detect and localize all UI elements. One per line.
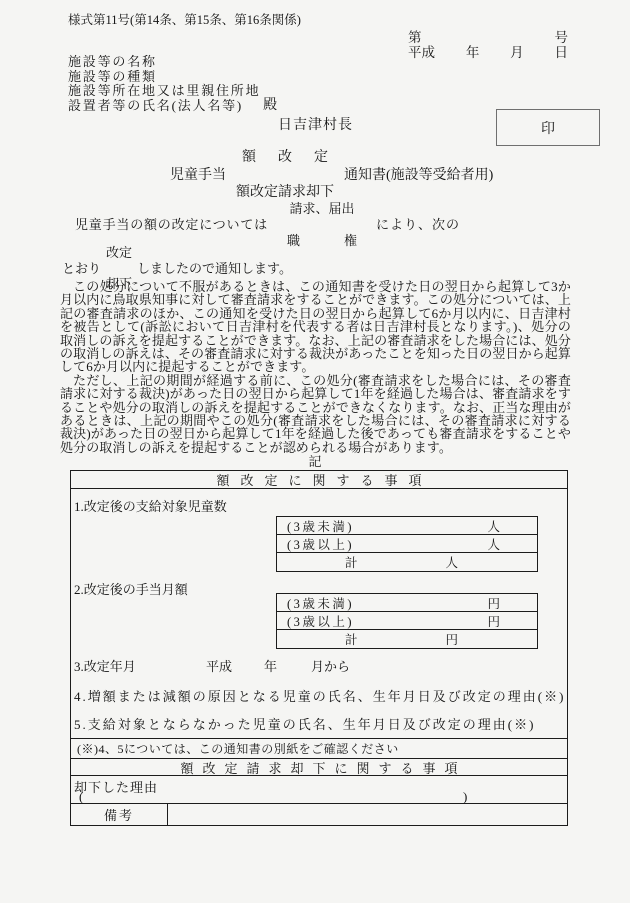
attachment-note: (※)4、5については、この通知書の別紙をご確認ください [71, 739, 567, 759]
facility-name-label: 施設等の名称 [68, 55, 277, 70]
date-line: 平成 年 月 日 [408, 41, 568, 61]
statement2-tail: しましたので通知します。 [137, 258, 292, 277]
installer-name-label: 設置者等の氏名(法人名等) [68, 99, 243, 114]
unit-label: 人 [487, 535, 500, 553]
main-table: 額改定に関する事項 1.改定後の支給対象児童数 (3歳未満) 人 (3歳以上) … [70, 470, 568, 826]
statement2-lead: とおり [62, 258, 101, 277]
facility-type-label: 施設等の種類 [68, 70, 277, 85]
unit-label: 人 [445, 553, 458, 571]
unit-label: 円 [445, 630, 458, 648]
title-option-revision: 額改定 [242, 146, 350, 166]
paren-open: ( [79, 789, 83, 805]
item3-year: 年 [264, 656, 277, 675]
item3-label: 3.改定年月 [74, 656, 136, 675]
form-number: 様式第11号(第14条、第15条、第16条関係) [68, 10, 301, 28]
remarks-value-cell [168, 804, 567, 825]
issuer-name: 日吉津村長 [278, 114, 353, 134]
unit-label: 人 [487, 517, 500, 535]
item3-month: 月から [311, 656, 350, 675]
table-row: (3歳以上) 円 [277, 612, 537, 630]
date-era: 平成 [408, 41, 435, 61]
table-row: (3歳以上) 人 [277, 535, 537, 553]
table-row-total: 計 人 [277, 553, 537, 571]
date-year: 年 [466, 41, 480, 61]
seal-box: 印 [496, 109, 600, 146]
item3-era: 平成 [206, 656, 232, 675]
paren-close: ) [463, 789, 467, 805]
legal-paragraph-1: この処分について不服があるときは、この通知書を受けた日の翌日から起算して3か月以… [60, 280, 571, 374]
item5-label: 5.支給対象とならなかった児童の氏名、生年月日及び改定の理由(※) [74, 714, 535, 733]
date-month: 月 [510, 41, 524, 61]
table-row: (3歳未満) 円 [277, 594, 537, 612]
title-prefix: 児童手当 [170, 164, 226, 184]
table-row: (3歳未満) 人 [277, 517, 537, 535]
legal-paragraph-2: ただし、上記の期間が経過する前に、この処分(審査請求をした場合には、その審査請求… [60, 374, 571, 454]
ki-heading: 記 [0, 451, 630, 470]
item2-label: 2.改定後の手当月額 [74, 579, 188, 598]
item4-label: 4.増額または減額の原因となる児童の氏名、生年月日及び改定の理由(※) [74, 686, 565, 705]
statement1-tail: により、次の [376, 214, 460, 233]
date-day: 日 [554, 41, 568, 61]
revision-details-cell: 1.改定後の支給対象児童数 (3歳未満) 人 (3歳以上) 人 計 人 2.改定… [71, 489, 567, 739]
remarks-label: 備考 [71, 804, 168, 825]
statement1-lead: 児童手当の額の改定については [75, 214, 268, 233]
option-request-report: 請求、届出 [289, 198, 354, 217]
title-suffix: 通知書(施設等受給者用) [344, 164, 493, 184]
notice-title: 児童手当 額改定 額改定請求却下 通知書(施設等受給者用) [170, 146, 493, 201]
unit-label: 円 [487, 594, 500, 612]
section2-header: 額改定請求却下に関する事項 [71, 759, 567, 776]
seal-label: 印 [541, 118, 555, 138]
rejection-reason-row: 却下した理由 ( ) [71, 776, 567, 804]
title-option-stack: 額改定 額改定請求却下 [236, 146, 334, 201]
child-count-table: (3歳未満) 人 (3歳以上) 人 計 人 [276, 516, 538, 572]
addressee-block: 施設等の名称 施設等の種類 施設等所在地又は里親住所地 設置者等の氏名(法人名等… [68, 55, 277, 113]
facility-address-label: 施設等所在地又は里親住所地 [68, 84, 277, 99]
option-authority: 職 権 [287, 230, 357, 249]
remarks-row: 備考 [71, 804, 567, 825]
honorific: 殿 [263, 99, 277, 114]
statement1-option-stack: 請求、届出 職 権 [280, 198, 364, 249]
table-row-total: 計 円 [277, 630, 537, 648]
legal-notice-text: この処分について不服があるときは、この通知書を受けた日の翌日から起算して3か月以… [60, 280, 571, 454]
section1-header: 額改定に関する事項 [71, 471, 567, 489]
unit-label: 円 [487, 612, 500, 630]
item1-label: 1.改定後の支給対象児童数 [74, 496, 227, 515]
document-page: 様式第11号(第14条、第15条、第16条関係) 第 号 平成 年 月 日 施設… [0, 0, 630, 903]
rejection-reason-label: 却下した理由 [74, 777, 158, 796]
monthly-amount-table: (3歳未満) 円 (3歳以上) 円 計 円 [276, 593, 538, 649]
option-revised: 改定 [106, 242, 132, 261]
